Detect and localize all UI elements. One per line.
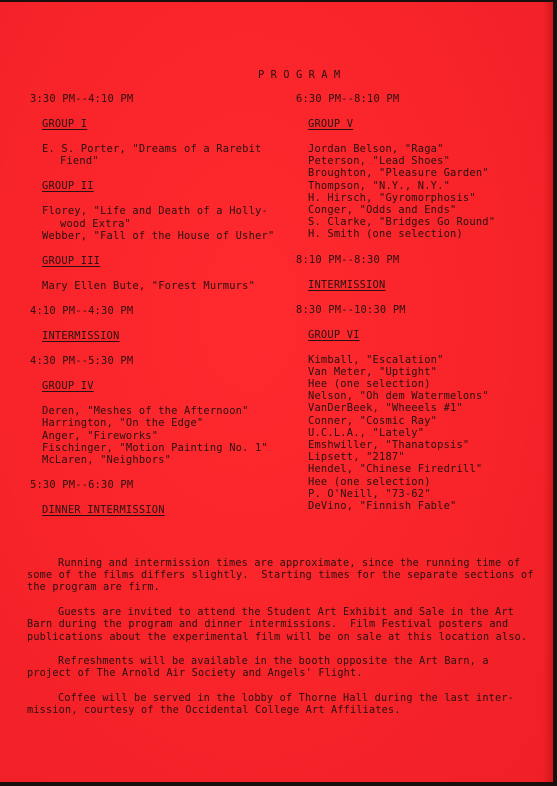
group-heading: GROUP V	[308, 118, 353, 130]
film-entry: Peterson, "Lead Shoes"	[308, 155, 546, 167]
note-paragraph: Coffee will be served in the lobby of Th…	[27, 693, 537, 717]
film-entry: Kimball, "Escalation"	[308, 354, 546, 366]
group-heading: GROUP III	[42, 255, 100, 267]
film-entry: U.C.L.A., "Lately"	[308, 427, 546, 439]
group-heading: DINNER INTERMISSION	[42, 504, 165, 516]
film-entry: Broughton, "Pleasure Garden"	[308, 167, 546, 179]
film-list: Florey, "Life and Death of a Holly-wood …	[42, 205, 280, 242]
film-entry: Harrington, "On the Edge"	[42, 417, 280, 429]
program-group: GROUP VI	[308, 329, 546, 354]
group-heading: INTERMISSION	[308, 279, 385, 291]
group-heading: GROUP I	[42, 118, 87, 130]
note-paragraph: Guests are invited to attend the Student…	[27, 607, 537, 644]
film-entry: Fischinger, "Motion Painting No. 1"	[42, 442, 280, 454]
right-column: 6:30 PM--8:10 PMGROUP VJordan Belson, "R…	[296, 93, 546, 525]
film-entry: Webber, "Fall of the House of Usher"	[42, 230, 280, 242]
film-entry: Nelson, "Oh dem Watermelons"	[308, 390, 546, 402]
film-entry: DeVino, "Finnish Fable"	[308, 500, 546, 512]
program-group: INTERMISSION	[42, 330, 280, 355]
film-entry: Florey, "Life and Death of a Holly-wood …	[42, 205, 280, 229]
program-group: GROUP I	[42, 118, 280, 143]
note-paragraph: Running and intermission times are appro…	[27, 558, 537, 595]
film-entry: VanDerBeek, "Wheeels #1"	[308, 402, 546, 414]
film-entry: Hee (one selection)	[308, 378, 546, 390]
program-group: GROUP V	[308, 118, 546, 143]
film-entry: Deren, "Meshes of the Afternoon"	[42, 405, 280, 417]
time-slot: 8:10 PM--8:30 PM	[296, 254, 546, 266]
film-list: Kimball, "Escalation"Van Meter, "Uptight…	[308, 354, 546, 513]
group-heading: GROUP IV	[42, 380, 94, 392]
film-list: E. S. Porter, "Dreams of a Rarebit Fiend…	[42, 143, 280, 167]
film-entry: Conger, "Odds and Ends"	[308, 204, 546, 216]
film-entry: S. Clarke, "Bridges Go Round"	[308, 216, 546, 228]
film-list: Deren, "Meshes of the Afternoon"Harringt…	[42, 405, 280, 466]
notes-section: Running and intermission times are appro…	[27, 558, 537, 730]
film-entry: Thompson, "N.Y., N.Y."	[308, 180, 546, 192]
film-entry: Van Meter, "Uptight"	[308, 366, 546, 378]
film-entry: Emshwiller, "Thanatopsis"	[308, 439, 546, 451]
program-group: GROUP IV	[42, 380, 280, 405]
time-slot: 5:30 PM--6:30 PM	[30, 479, 280, 491]
time-slot: 4:30 PM--5:30 PM	[30, 355, 280, 367]
film-entry: H. Hirsch, "Gyromorphosis"	[308, 192, 546, 204]
film-entry: McLaren, "Neighbors"	[42, 454, 280, 466]
program-group: GROUP III	[42, 255, 280, 280]
film-entry: Anger, "Fireworks"	[42, 430, 280, 442]
left-column: 3:30 PM--4:10 PMGROUP IE. S. Porter, "Dr…	[30, 93, 280, 529]
time-slot: 6:30 PM--8:10 PM	[296, 93, 546, 105]
group-heading: INTERMISSION	[42, 330, 119, 342]
time-slot: 3:30 PM--4:10 PM	[30, 93, 280, 105]
film-entry: Mary Ellen Bute, "Forest Murmurs"	[42, 280, 280, 292]
note-paragraph: Refreshments will be available in the bo…	[27, 656, 537, 680]
film-entry: H. Smith (one selection)	[308, 228, 546, 240]
program-group: GROUP II	[42, 180, 280, 205]
time-slot: 8:30 PM--10:30 PM	[296, 304, 546, 316]
film-list: Mary Ellen Bute, "Forest Murmurs"	[42, 280, 280, 292]
program-group: INTERMISSION	[308, 279, 546, 304]
group-heading: GROUP II	[42, 180, 94, 192]
program-page: PROGRAM 3:30 PM--4:10 PMGROUP IE. S. Por…	[0, 2, 553, 782]
program-group: DINNER INTERMISSION	[42, 504, 280, 529]
film-entry: P. O'Neill, "73-62"	[308, 488, 546, 500]
film-entry: E. S. Porter, "Dreams of a Rarebit Fiend…	[42, 143, 280, 167]
film-entry: Hee (one selection)	[308, 476, 546, 488]
film-entry: Lipsett, "2187"	[308, 451, 546, 463]
film-entry: Conner, "Cosmic Ray"	[308, 415, 546, 427]
time-slot: 4:10 PM--4:30 PM	[30, 305, 280, 317]
film-entry: Hendel, "Chinese Firedrill"	[308, 463, 546, 475]
film-list: Jordan Belson, "Raga"Peterson, "Lead Sho…	[308, 143, 546, 241]
group-heading: GROUP VI	[308, 329, 360, 341]
page-title: PROGRAM	[258, 69, 347, 81]
film-entry: Jordan Belson, "Raga"	[308, 143, 546, 155]
